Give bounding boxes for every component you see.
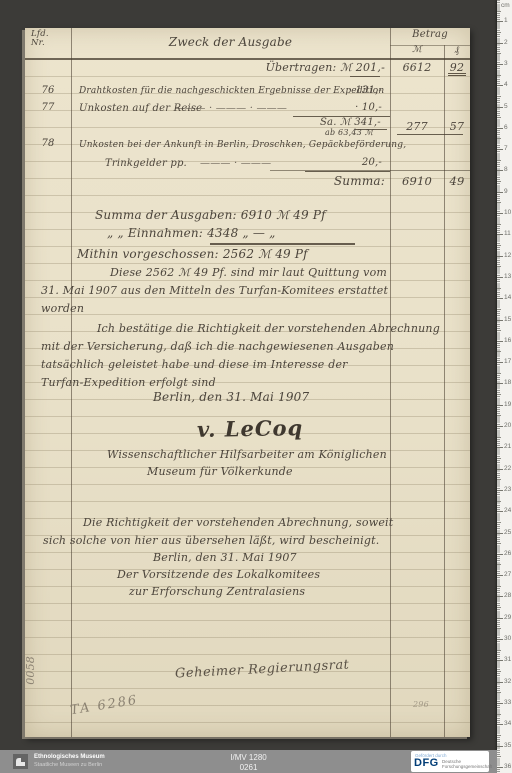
ruler-cm-tick [497,256,503,257]
ruler-cm-number: 24 [504,508,511,514]
summa-label: Summa: [295,174,385,188]
ruler-cm-number: 17 [504,359,511,365]
ruler-cm-tick [497,724,503,725]
ruler-cm-number: 22 [504,466,511,472]
ruler-cm-tick [497,746,503,747]
row77-value: · 10,- [320,102,382,113]
ruler-cm-number: 23 [504,487,511,493]
ruler-mm-ticks [497,0,500,773]
ruler-half-tick [497,394,501,395]
ruler-cm-tick [497,320,503,321]
dfg-abbreviation: DFG [414,757,439,769]
ruler-half-tick [497,671,501,672]
ruler-cm-number: 32 [504,679,511,685]
column-line-amount [390,28,391,737]
ruler-cm-number: 19 [504,402,511,408]
ruler-half-tick [497,160,501,161]
ruler-cm-number: 36 [504,764,511,770]
ruler-cm-tick [497,383,503,384]
row77-dashes: ——— · ——— · ——— [175,103,287,114]
ruler-half-tick [497,224,501,225]
ruler-cm-number: 4 [504,82,508,88]
date-line1: Berlin, den 31. Mai 1907 [153,390,309,404]
para2-line4: Turfan-Expedition erfolgt sind [41,376,216,389]
row77-nr: 77 [31,102,65,113]
pencil-number-vertical: 0058 [24,656,37,685]
ruler-cm-number: 21 [504,444,511,450]
ruler-cm-number: 7 [504,146,508,152]
ruler-half-tick [497,288,501,289]
ruler-half-tick [497,714,501,715]
ruler-cm-tick [497,64,503,65]
ruler-cm-number: 20 [504,423,511,429]
ruler-cm-tick [497,575,503,576]
ruler-cm-tick [497,618,503,619]
para2-line1: Ich bestätige die Richtigkeit der vorste… [97,322,440,335]
ruler-cm-number: 30 [504,636,511,642]
ruler-cm-number: 26 [504,551,511,557]
ruler-half-tick [497,75,501,76]
para1-line2: 31. Mai 1907 aus den Mitteln des Turfan-… [41,284,388,297]
ruler-half-tick [497,245,501,246]
row78-dashes: ——— · ——— [200,158,271,169]
ruler-cm-number: 5 [504,104,508,110]
ruler-half-tick [497,692,501,693]
ruler-half-tick [497,479,501,480]
ruler-cm-number: 10 [504,210,511,216]
ruler-cm-number: 8 [504,167,508,173]
header-nr-line2: Nr. [31,38,45,48]
date-line2: Berlin, den 31. Mai 1907 [153,551,297,564]
ruler-cm-tick [497,511,503,512]
subtotal-line2: ab 63,43 ℳ [325,128,373,137]
subtotal-amount-underline [397,134,463,135]
ruler-half-tick [497,650,501,651]
subtotal-line1: Sa. ℳ 341,- [320,117,381,128]
subtotal-pfennig: 57 [446,120,468,133]
ruler-half-tick [497,735,501,736]
ruler-half-tick [497,11,501,12]
ruler-half-tick [497,373,501,374]
signature-lecoq: v. LeCoq [197,415,304,442]
ruler-cm-tick [497,660,503,661]
ruler-half-tick [497,756,501,757]
ruler-cm-number: 34 [504,721,511,727]
ruler-half-tick [497,501,501,502]
row76-nr: 76 [31,85,65,96]
ruler-cm-number: 13 [504,274,511,280]
summary-ausgaben: Summa der Ausgaben: 6910 ℳ 49 Pf [95,208,326,222]
ruler-cm-number: 6 [504,125,508,131]
para3-line4: Der Vorsitzende des Lokalkomitees [117,568,320,581]
ruler-cm-number: 14 [504,295,511,301]
header-underline [25,58,470,60]
pencil-small-mark: 296 [413,700,429,709]
ruler-cm-tick [497,469,503,470]
header-nr: Lfd. Nr. [31,30,49,48]
ruler-cm-tick [497,405,503,406]
ruler-half-tick [497,628,501,629]
ruler-cm-number: 29 [504,615,511,621]
ruler-cm-tick [497,703,503,704]
ruler-cm-number: 27 [504,572,511,578]
ruler-cm-tick [497,107,503,108]
ruler-half-tick [497,522,501,523]
credential-line2: Museum für Völkerkunde [147,465,293,478]
ruler-cm-number: 25 [504,530,511,536]
row76-value: · 131,- [320,85,382,96]
subtotal-mark: 277 [392,120,442,133]
ruler-half-tick [497,458,501,459]
ruler-cm-tick [497,447,503,448]
summary-vorschuss: Mithin vorgeschossen: 2562 ℳ 49 Pf [77,247,308,261]
row78-text1: Unkosten bei der Ankunft in Berlin, Dros… [79,140,406,150]
para1-line3: worden [41,302,84,315]
ruler-half-tick [497,330,501,331]
row78-nr: 78 [31,138,65,149]
ruler-half-tick [497,351,501,352]
ruler-half-tick [497,138,501,139]
ruler-half-tick [497,543,501,544]
ruler-cm-tick [497,43,503,44]
ruler-cm-number: 11 [504,231,511,237]
ruler-half-tick [497,415,501,416]
summa-mark: 6910 [392,174,442,188]
ruler-half-tick [497,266,501,267]
header-purpose: Zweck der Ausgabe [71,35,390,49]
ruler-cm-tick [497,170,503,171]
ruler-cm-tick [497,341,503,342]
para3-line5: zur Erforschung Zentralasiens [129,585,305,598]
scan-viewer: Lfd. Nr. Zweck der Ausgabe Betrag ℳ ₰ Üb… [0,0,512,773]
ruler-half-tick [497,181,501,182]
summa-pfennig: 49 [446,174,468,188]
header-amount: Betrag [390,29,470,40]
summa-top-line [270,170,470,171]
uebertrag-pf-underline [448,73,466,76]
dfg-full-name: Deutsche Forschungsgemeinschaft [442,759,492,769]
credential-line1: Wissenschaftlicher Hilfsarbeiter am Köni… [107,448,387,461]
ruler-cm-tick [497,213,503,214]
header-mark: ℳ [390,45,444,55]
ruler-half-tick [497,96,501,97]
summary-einnahmen: „ „ Einnahmen: 4348 „ — „ [107,226,275,240]
ruler-cm-number: 1 [504,18,508,24]
para2-line3: tatsächlich geleistet habe und diese im … [41,358,348,371]
uebertrag-mark: 6612 [392,61,442,74]
column-line-pfennig [444,45,445,737]
ruler-cm-tick [497,490,503,491]
ruler-cm-tick [497,596,503,597]
ruler-half-tick [497,586,501,587]
dfg-logo: Gefördert durch DFG Deutsche Forschungsg… [411,751,489,772]
ruler-cm-tick [497,128,503,129]
ruler-cm-tick [497,554,503,555]
ruler-unit-label: cm [501,2,510,9]
ruler-cm-tick [497,85,503,86]
document-page: Lfd. Nr. Zweck der Ausgabe Betrag ℳ ₰ Üb… [25,28,470,737]
ruler-cm-number: 28 [504,593,511,599]
ruler-half-tick [497,53,501,54]
uebertrag-amount-underline [350,76,380,77]
summary-sum-line [210,243,355,245]
ruler-cm-tick [497,362,503,363]
para2-line2: mit der Versicherung, daß ich die nachge… [41,340,394,353]
ruler-half-tick [497,564,501,565]
row78-sum-line [305,171,390,172]
ruler-cm-tick [497,149,503,150]
ruler-cm-number: 2 [504,40,508,46]
ruler-cm-number: 9 [504,189,508,195]
ruler-cm-number: 16 [504,338,511,344]
para3-line2: sich solche von hier aus übersehen läßt,… [43,534,379,547]
ruler-half-tick [497,202,501,203]
ruler: cm 1234567891011121314151617181920212223… [497,0,512,773]
ruler-cm-tick [497,426,503,427]
ruler-cm-number: 18 [504,380,511,386]
footer-bar: Ethnologisches Museum Staatliche Museen … [0,750,497,773]
ruler-cm-tick [497,234,503,235]
ruler-half-tick [497,607,501,608]
para1-line1: Diese 2562 ℳ 49 Pf. sind mir laut Quittu… [110,266,387,279]
ruler-cm-tick [497,682,503,683]
entry-uebertrag: Übertragen: ℳ 201,- [205,61,385,74]
ruler-half-tick [497,309,501,310]
ruler-cm-tick [497,277,503,278]
row78-value: 20,- [325,157,382,168]
ruler-cm-number: 3 [504,61,508,67]
ruler-half-tick [497,117,501,118]
ruler-cm-tick [497,533,503,534]
ruler-half-tick [497,32,501,33]
ruler-cm-number: 35 [504,743,511,749]
ruler-cm-tick [497,21,503,22]
ruler-cm-tick [497,298,503,299]
para3-line1: Die Richtigkeit der vorstehenden Abrechn… [83,516,393,529]
row78-text2: Trinkgelder pp. [105,158,187,169]
ruler-cm-number: 12 [504,253,511,259]
ruler-half-tick [497,437,501,438]
dfg-name-line2: Forschungsgemeinschaft [442,764,492,769]
ruler-cm-number: 31 [504,657,511,663]
ruler-cm-number: 33 [504,700,511,706]
ruler-cm-tick [497,639,503,640]
ruler-cm-number: 15 [504,317,511,323]
ruler-cm-tick [497,767,503,768]
header-pfennig: ₰ [444,45,470,56]
ruler-cm-tick [497,192,503,193]
